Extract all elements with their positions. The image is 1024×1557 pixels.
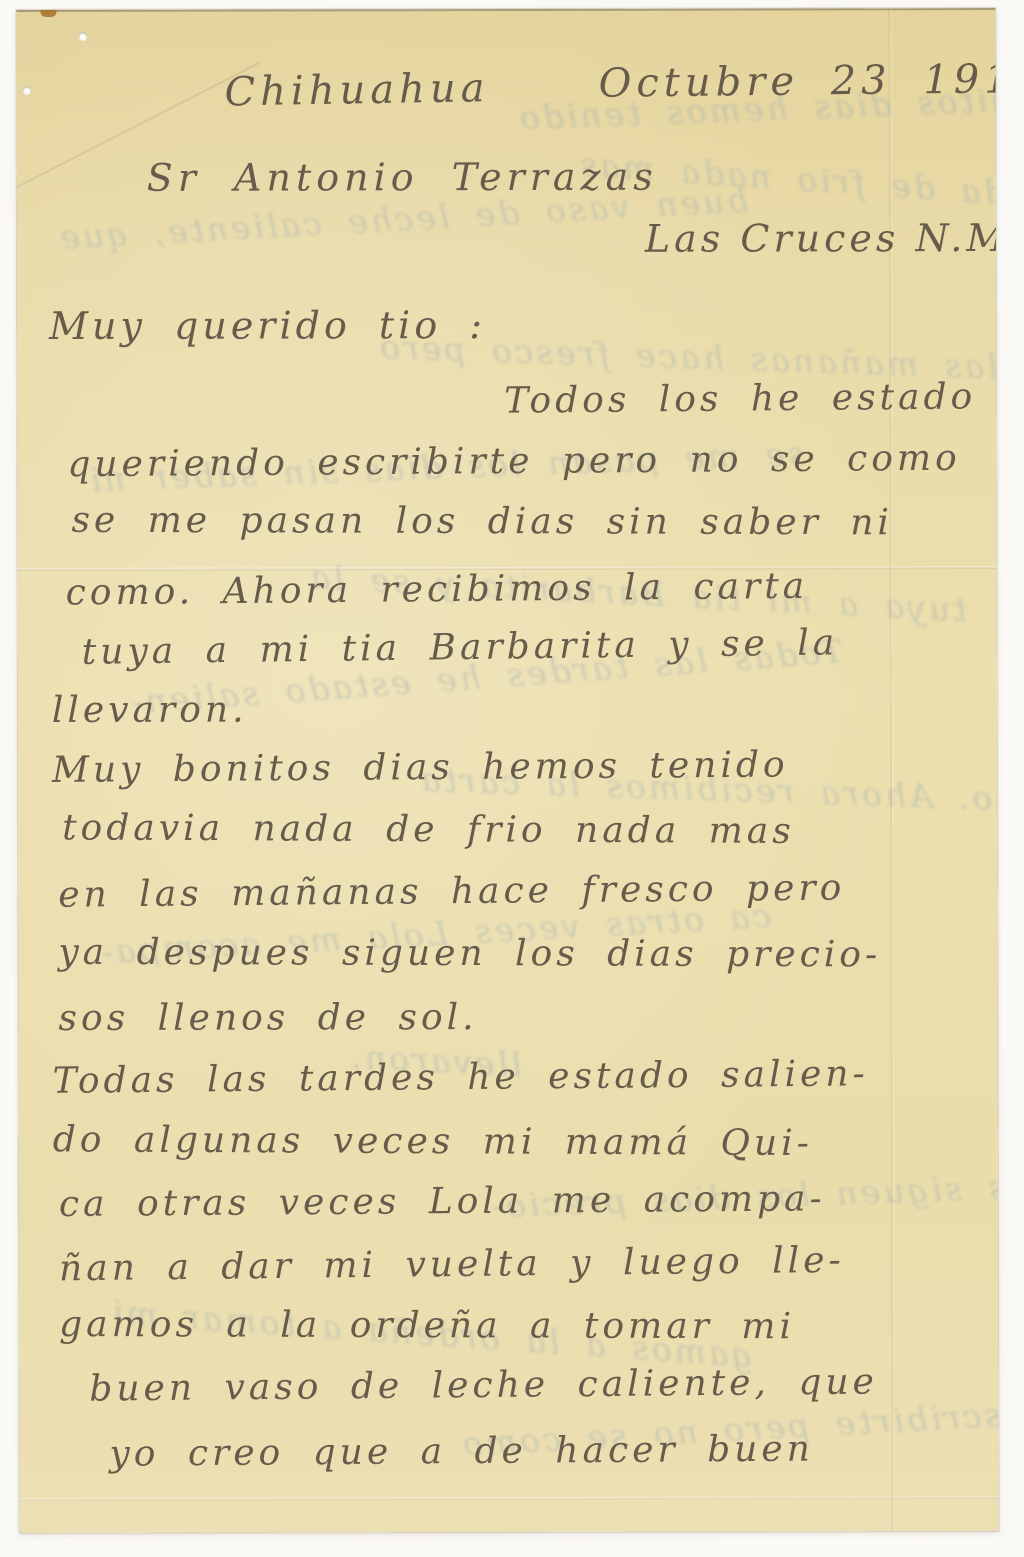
letter-paper: Muy bonitos dias hemos tenido todavia na… — [16, 8, 998, 1533]
body-line: gamos a la ordeña a tomar mi — [59, 1304, 795, 1347]
body-line: Todos los he estado — [504, 376, 976, 421]
bleed-through-layer: Muy bonitos dias hemos tenido todavia na… — [16, 8, 995, 10]
dateline-place: Chihuahua — [224, 65, 490, 115]
scan-background: Muy bonitos dias hemos tenido todavia na… — [0, 0, 1024, 1557]
body-line: Todas las tardes he estado salien- — [52, 1053, 868, 1101]
salutation: Muy querido tio : — [49, 303, 486, 348]
body-line: Muy bonitos dias hemos tenido — [52, 744, 789, 790]
paper-hole — [23, 86, 32, 95]
body-line: todavia nada de frio nada mas — [62, 807, 795, 852]
recipient-location: Las Cruces N.M. — [645, 216, 999, 261]
body-line: en las mañanas hace fresco pero — [58, 868, 845, 916]
dateline-date: Octubre 23 1914 — [598, 56, 998, 107]
body-line: do algunas veces mi mamá Qui- — [53, 1119, 813, 1164]
body-line: sos llenos de sol. — [58, 997, 477, 1039]
body-line: ya despues siguen los dias precio- — [58, 932, 881, 976]
body-line: llevaron. — [52, 690, 248, 731]
body-line: se me pasan los dias sin saber ni — [71, 500, 893, 544]
paper-hole — [78, 32, 87, 41]
body-line: queriendo escribirte pero no se como — [67, 438, 961, 486]
body-line: ñan a dar mi vuelta y luego lle- — [59, 1240, 845, 1289]
body-line: buen vaso de leche caliente, que — [89, 1361, 878, 1409]
fold-crease-horizontal — [20, 1496, 999, 1501]
body-line: como. Ahora recibimos la carta — [65, 566, 808, 614]
recipient-name: Sr Antonio Terrazas — [147, 155, 658, 200]
body-line: ca otras veces Lola me acompa- — [59, 1178, 826, 1225]
body-line: yo creo que a de hacer buen — [109, 1429, 814, 1475]
paper-speck — [40, 10, 56, 17]
